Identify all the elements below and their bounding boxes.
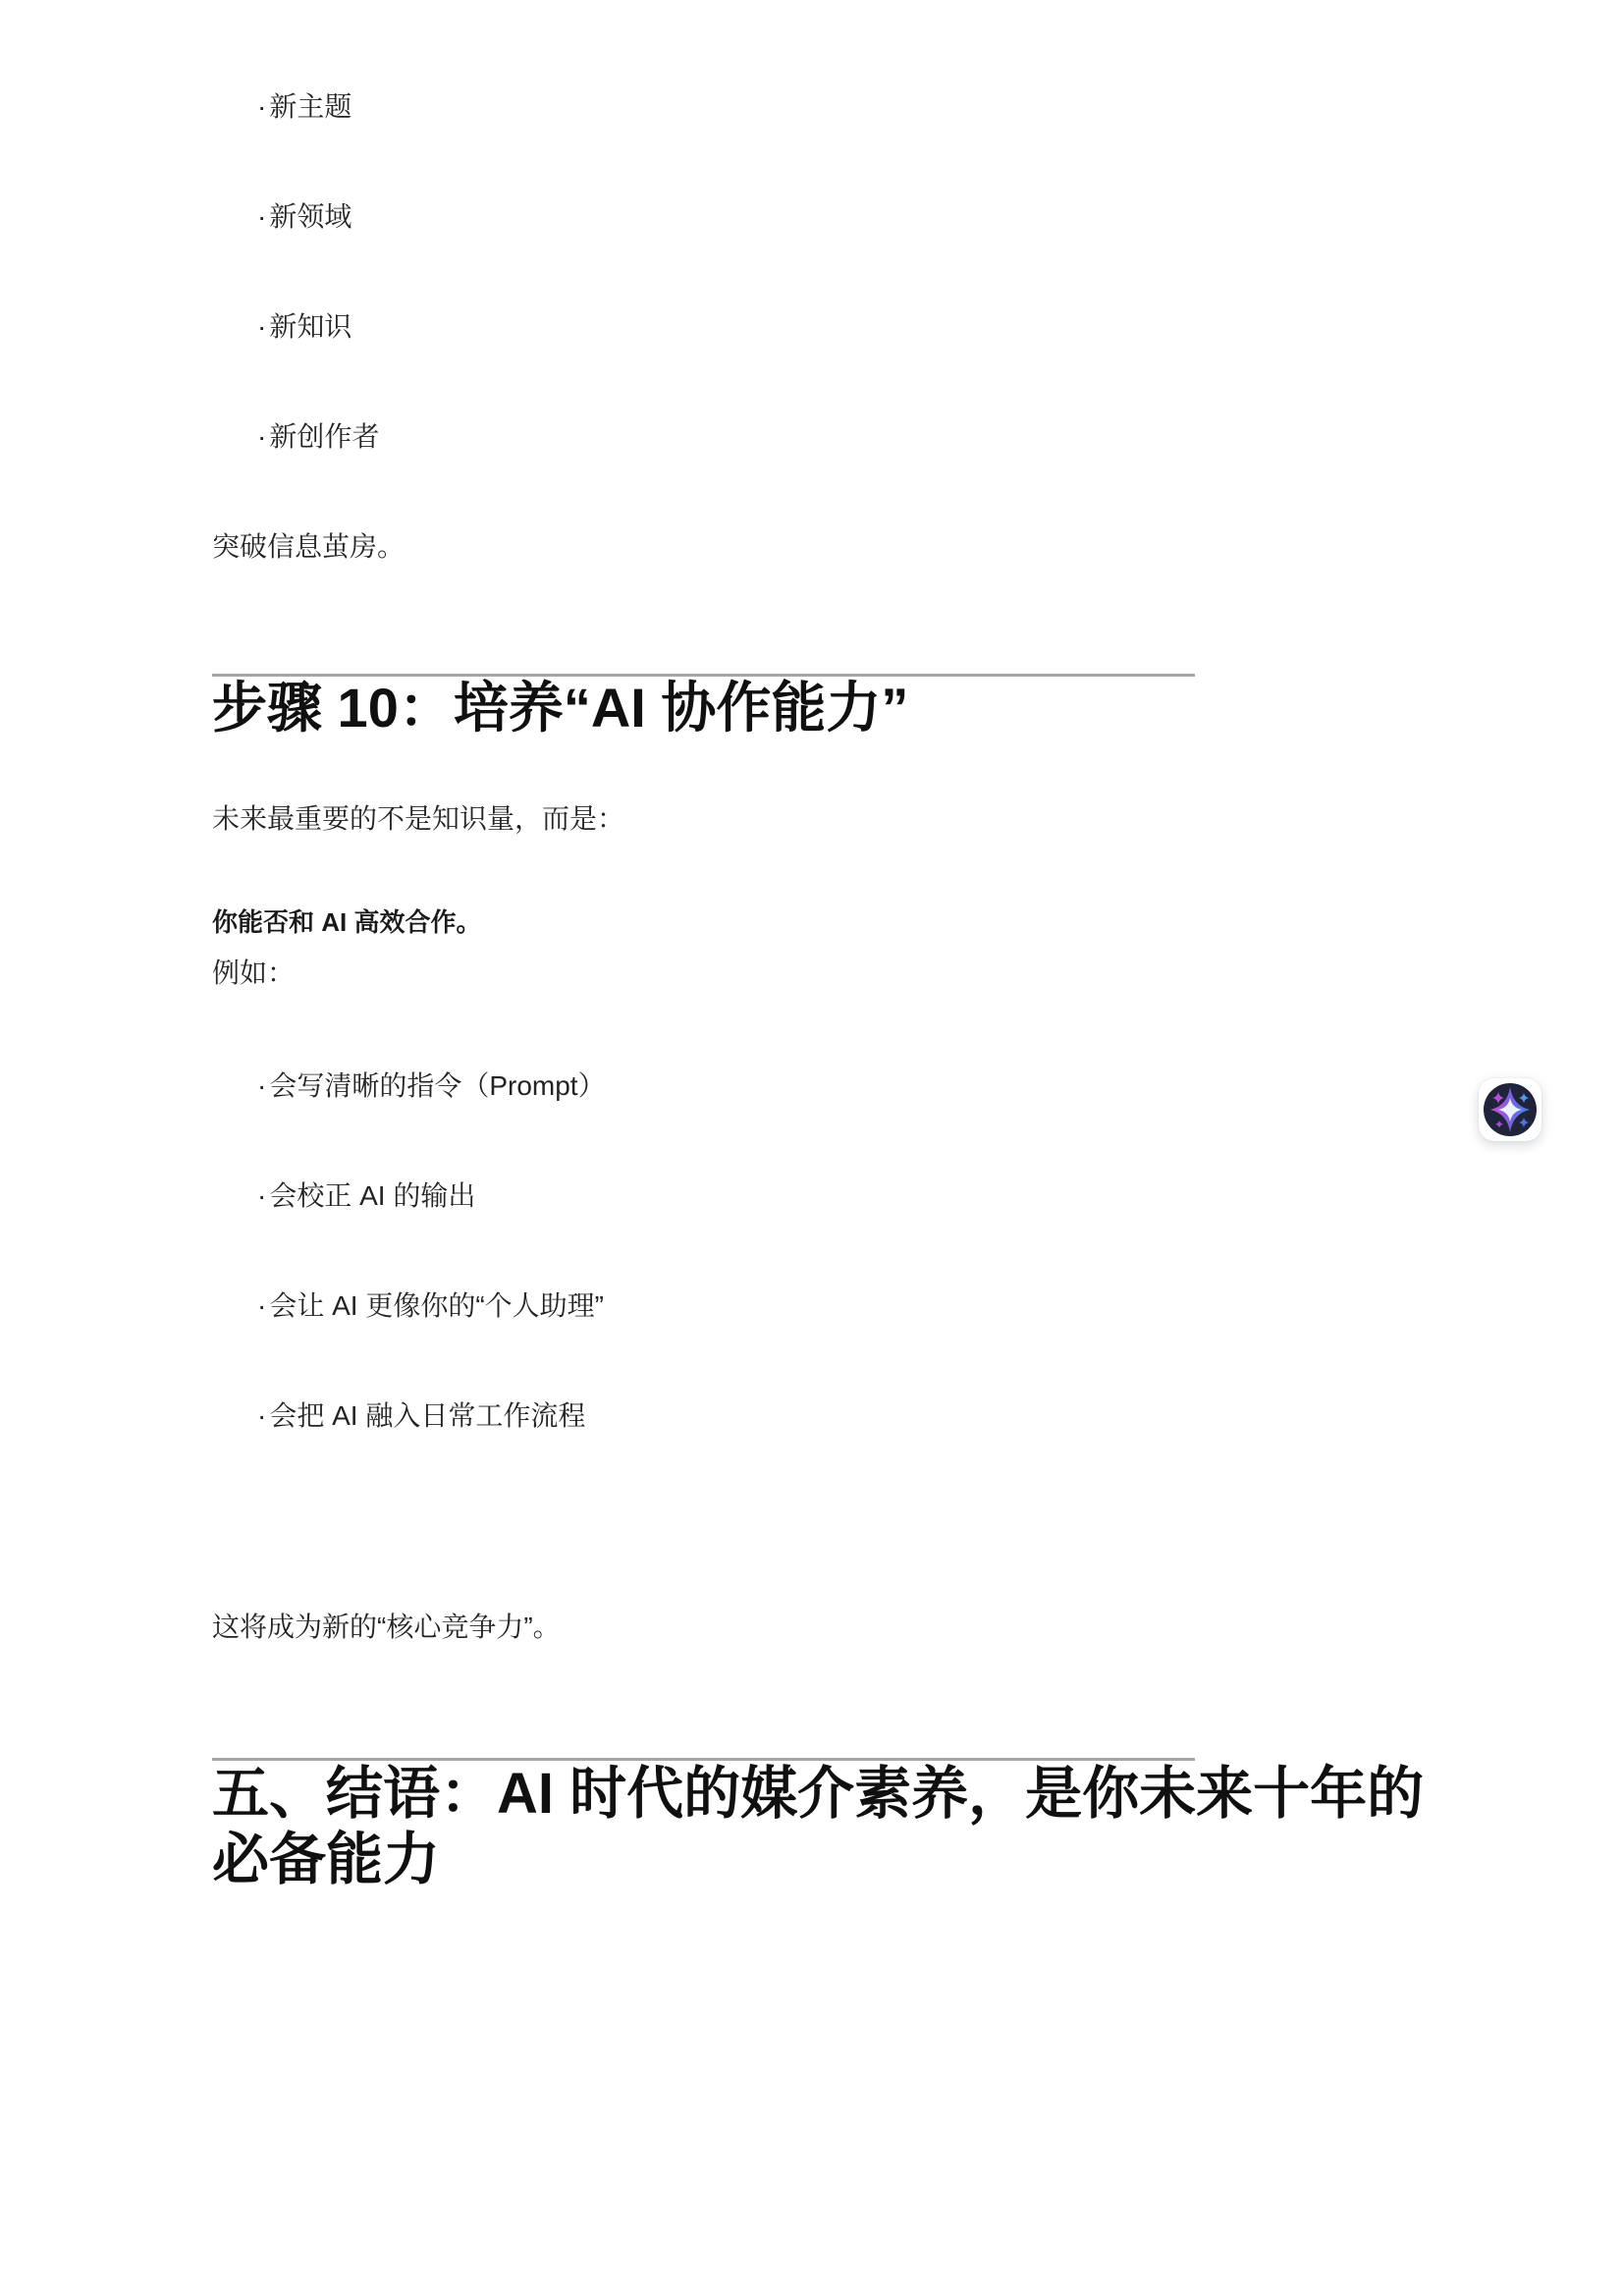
list-item: ·新主题 <box>257 87 1430 127</box>
list-item: ·会把 AI 融入日常工作流程 <box>257 1396 1430 1436</box>
list-item-text: 新知识 <box>269 311 351 342</box>
new-things-list: ·新主题 ·新领域 ·新知识 ·新创作者 <box>212 87 1430 457</box>
ai-assistant-button[interactable] <box>1479 1078 1541 1141</box>
paragraph-emphasis: 你能否和 AI 高效合作。 <box>212 904 1430 940</box>
bullet-marker: · <box>257 421 266 452</box>
list-item: ·会校正 AI 的输出 <box>257 1176 1430 1216</box>
list-item-text: 会把 AI 融入日常工作流程 <box>269 1400 585 1431</box>
bullet-marker: · <box>257 1070 266 1101</box>
list-item-text: 会校正 AI 的输出 <box>269 1180 475 1211</box>
bullet-marker: · <box>257 91 266 122</box>
closing-heading: 五、结语：AI 时代的媒介素养，是你未来十年的必备能力 <box>212 1761 1430 1892</box>
bullet-marker: · <box>257 1180 266 1211</box>
list-item-text: 会写清晰的指令（Prompt） <box>269 1070 605 1101</box>
list-item-text: 新创作者 <box>269 421 379 452</box>
ai-sparkle-icon <box>1484 1083 1537 1136</box>
bullet-marker: · <box>257 1400 266 1431</box>
paragraph-lead: 未来最重要的不是知识量，而是： <box>212 799 1430 839</box>
list-item: ·会让 AI 更像你的“个人助理” <box>257 1286 1430 1326</box>
step10-heading: 步骤 10：培养“AI 协作能力” <box>212 677 1430 739</box>
list-item: ·新知识 <box>257 307 1430 347</box>
list-item-text: 新领域 <box>269 201 351 232</box>
bullet-marker: · <box>257 1290 266 1321</box>
list-item-text: 会让 AI 更像你的“个人助理” <box>269 1290 604 1321</box>
paragraph-example-label: 例如： <box>212 954 1430 993</box>
list-item-text: 新主题 <box>269 91 351 122</box>
bullet-marker: · <box>257 311 266 342</box>
ai-skills-list: ·会写清晰的指令（Prompt） ·会校正 AI 的输出 ·会让 AI 更像你的… <box>212 1066 1430 1436</box>
paragraph-conclusion: 这将成为新的“核心竞争力”。 <box>212 1608 1430 1647</box>
list-item: ·会写清晰的指令（Prompt） <box>257 1066 1430 1106</box>
list-item: ·新创作者 <box>257 417 1430 457</box>
article-body: ·新主题 ·新领域 ·新知识 ·新创作者 突破信息茧房。 步骤 10：培养“AI… <box>212 0 1430 1892</box>
paragraph-breakthrough: 突破信息茧房。 <box>212 527 1430 567</box>
list-item: ·新领域 <box>257 197 1430 237</box>
bullet-marker: · <box>257 201 266 232</box>
